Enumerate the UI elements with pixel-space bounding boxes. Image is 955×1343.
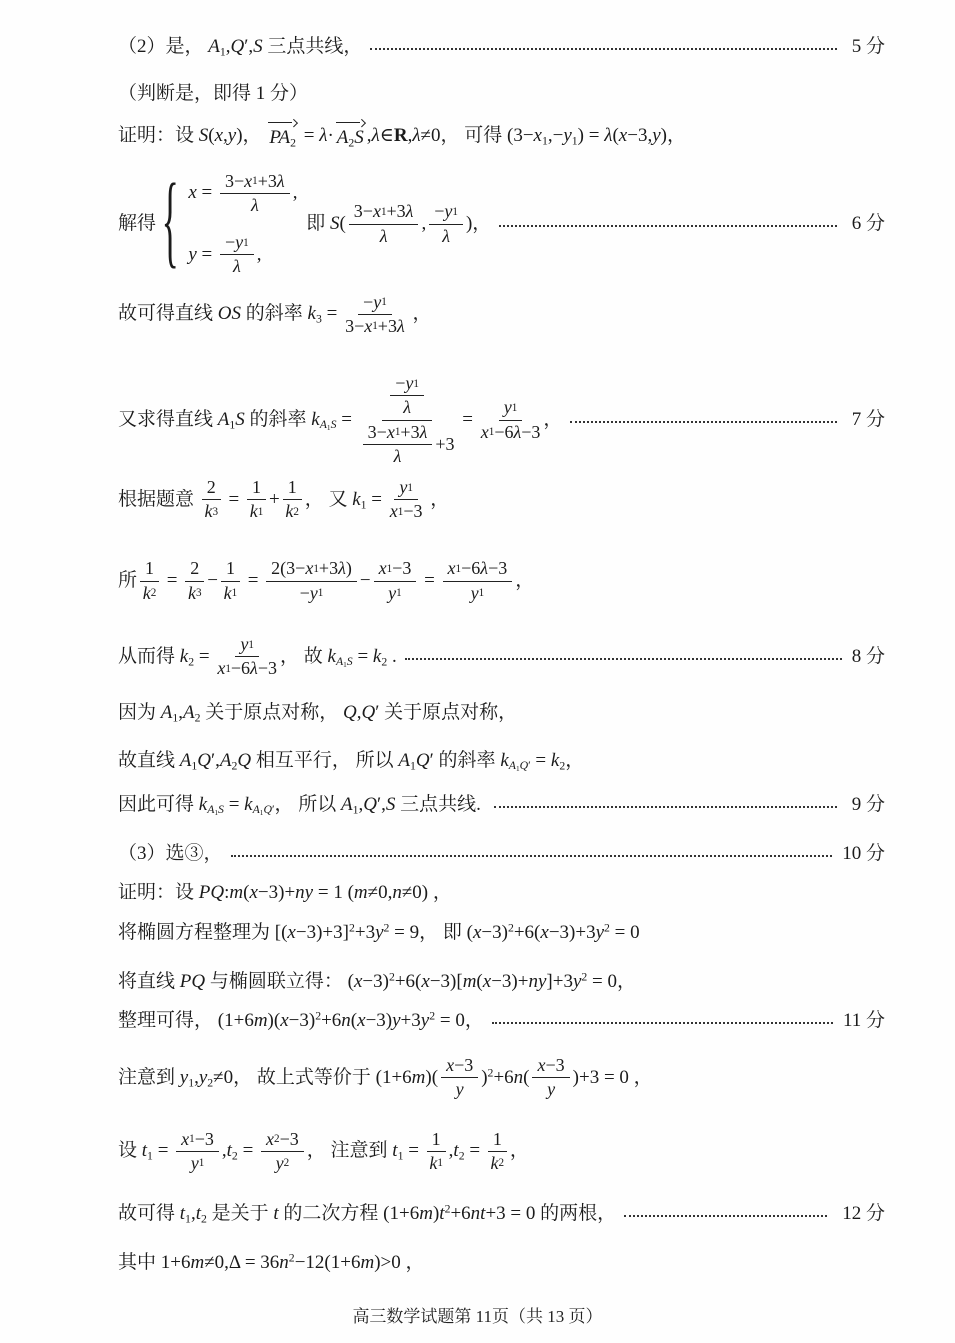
math-group: 2 — [202, 477, 221, 500]
math-group: λ — [233, 255, 241, 277]
exam-solution-page: （2）是， A1,Q′,S 三点共线， 5 分（判断是，即得 1 分）证明：设 … — [0, 0, 955, 1343]
solution-line: 其中 1+6m≠0,Δ = 36n2−12(1+6m)>0 ， — [118, 1250, 885, 1276]
text-run: ， — [243, 123, 267, 149]
fraction: −y1λ — [220, 232, 254, 277]
text-run: ， — [401, 1250, 425, 1276]
fraction: 1k1 — [247, 477, 266, 522]
text-run: 相互平行， 所以 — [251, 748, 398, 774]
fraction: 2k3 — [202, 477, 221, 522]
math-group: y1 — [471, 582, 485, 604]
fraction: 3−x1+3λλ — [349, 201, 419, 246]
math-run: ,λ≠0 — [408, 123, 441, 149]
text-run: 其中 — [118, 1250, 161, 1276]
solution-line: 注意到 y1,y2≠0， 故上式等价于 (1+6m)(x−3y)2+6n(x−3… — [118, 1055, 885, 1100]
math-run: (3−x1,−y1) = λ(x−3,y) — [507, 123, 667, 149]
math-group: 1 — [247, 477, 266, 500]
math-run: k2 = — [180, 644, 215, 670]
solution-line: 故可得直线 OS 的斜率 k3 = −y13−x1+3λ ， — [118, 292, 885, 337]
text-run: ， — [408, 301, 432, 327]
solution-line: 故直线 A1Q′,A2Q 相互平行， 所以 A1Q′ 的斜率 kA1Q′ = k… — [118, 748, 885, 774]
math-group: 3−x1+3λ — [220, 171, 290, 194]
math-group: k1 — [250, 500, 264, 522]
math-run: Q,Q′ — [343, 700, 379, 726]
cases-rows: x = 3−x1+3λλ,y = −y1λ, — [188, 171, 297, 278]
math-run: , — [421, 211, 426, 237]
fraction: x1−6λ−3y1 — [443, 558, 513, 603]
math-group: −y1 — [300, 582, 324, 604]
fraction: 1k2 — [488, 1129, 507, 1174]
math-run: A1,Q′,S — [341, 792, 395, 818]
text-run: 故直线 — [118, 748, 180, 774]
math-bold-run: R — [394, 123, 408, 149]
math-run: = — [224, 487, 244, 513]
fraction: 1k2 — [283, 477, 302, 522]
math-group: y1 — [235, 634, 259, 657]
math-group: k1 — [429, 1152, 443, 1174]
solution-line: 解得{x = 3−x1+3λλ,y = −y1λ, 即 S(3−x1+3λλ,−… — [118, 171, 885, 278]
fraction: x2−3y2 — [261, 1129, 304, 1174]
text-run: （判断是，即得 1 分） — [118, 81, 308, 107]
text-run: 三点共线. — [395, 792, 485, 818]
math-run: PQ — [180, 969, 205, 995]
math-group: x−3 — [441, 1055, 478, 1078]
math-group: y — [456, 1078, 464, 1100]
math-run: = λ· — [299, 123, 334, 149]
text-run: 又求得直线 — [118, 407, 218, 433]
fraction: x−3y — [441, 1055, 478, 1100]
page-footer: 高三数学试题第 11页（共 13 页） — [0, 1302, 955, 1327]
math-group: k2 — [285, 500, 299, 522]
text-run: 的斜率 — [245, 407, 312, 433]
text-run: ， 可得 — [440, 123, 507, 149]
text-run: 是关于 — [207, 1201, 274, 1227]
text-run: （2）是， — [118, 34, 208, 60]
text-run: 故可得 — [118, 1201, 180, 1227]
text-run: 所 — [118, 568, 137, 594]
math-run: x = — [188, 180, 217, 206]
math-run: (1+6m)(x−3)2+6n(x−3)y+3y2 = 0 — [218, 1008, 465, 1034]
dot-leader — [492, 1020, 833, 1024]
math-group: λ — [403, 396, 411, 418]
text-run: ， — [667, 123, 686, 149]
math-run: − — [207, 568, 218, 594]
text-run: （3）选③， — [118, 841, 223, 867]
math-run: S(x,y) — [199, 123, 243, 149]
math-run: kA1S = — [311, 407, 356, 433]
math-group: −y1λ — [382, 373, 432, 420]
math-run: A1,Q′,S — [208, 34, 262, 60]
math-run: (1+6m)t2+6nt+3 = 0 — [383, 1201, 535, 1227]
solution-line: 从而得 k2 = y1x1−6λ−3， 故 kA1S = k2 .8 分 — [118, 634, 885, 679]
math-group: k1 — [224, 582, 238, 604]
math-group: −y1 — [220, 232, 254, 255]
text-run: 故可得直线 — [118, 301, 218, 327]
text-run: ， — [565, 748, 584, 774]
math-group: x−3 — [532, 1055, 569, 1078]
text-run: 7 分 — [847, 407, 885, 433]
text-run: 的斜率 — [241, 301, 308, 327]
fraction: x1−3y1 — [176, 1129, 219, 1174]
text-run: 的斜率 — [434, 748, 501, 774]
math-run: A1S — [218, 407, 245, 433]
math-group: k3 — [204, 500, 218, 522]
math-group: −y1 — [390, 373, 424, 396]
solution-line: （判断是，即得 1 分） — [118, 81, 885, 107]
dot-leader — [231, 853, 833, 857]
text-run: ， — [465, 1008, 484, 1034]
solution-line: 故可得 t1,t2 是关于 t 的二次方程 (1+6m)t2+6nt+3 = 0… — [118, 1201, 885, 1227]
fraction: 1k2 — [140, 558, 159, 603]
solution-line: 根据题意 2k3 = 1k1+1k2， 又 k1 = y1x1−3 ， — [118, 477, 885, 522]
text-run: ， 又 — [305, 487, 353, 513]
math-run: PQ:m(x−3)+ny = 1 (m≠0,n≠0) — [199, 880, 428, 906]
text-run: ， — [515, 568, 534, 594]
solution-line: 整理可得， (1+6m)(x−3)2+6n(x−3)y+3y2 = 0，11 分 — [118, 1008, 885, 1034]
solution-line: 证明：设 PQ:m(x−3)+ny = 1 (m≠0,n≠0) ， — [118, 880, 885, 906]
text-run: ， 故 — [280, 644, 328, 670]
math-group: λ — [442, 225, 450, 247]
fraction: 3−x1+3λλ — [363, 422, 433, 467]
text-run: 12 分 — [837, 1201, 885, 1227]
fraction: 3−x1+3λλ — [220, 171, 290, 216]
solution-line: 将椭圆方程整理为 [(x−3)+3]2+3y2 = 9， 即 (x−3)2+6(… — [118, 920, 885, 946]
math-run: (x−3)2+6(x−3)+3y2 = 0 — [467, 920, 640, 946]
fraction: −y1λ3−x1+3λλ+3 — [360, 373, 455, 467]
math-group: x2−3 — [261, 1129, 304, 1152]
math-run: , — [257, 242, 262, 268]
text-run: 整理可得， — [118, 1008, 218, 1034]
solution-line: 设 t1 = x1−3y1,t2 = x2−3y2， 注意到 t1 = 1k1,… — [118, 1129, 885, 1174]
solution-line: 因此可得 kA1S = kA1Q′， 所以 A1,Q′,S 三点共线. 9 分 — [118, 792, 885, 818]
text-run: 根据题意 — [118, 487, 199, 513]
math-group: y1 — [394, 477, 418, 500]
math-group: −y1 — [358, 292, 392, 315]
math-run: k3 = — [308, 301, 343, 327]
text-run: 关于原点对称， — [201, 700, 344, 726]
math-run: kA1S = k2 — [328, 644, 388, 670]
cases-row: y = −y1λ, — [188, 232, 297, 277]
text-run: ， — [543, 407, 562, 433]
dot-leader — [405, 656, 842, 660]
math-run: (1+6m)( — [376, 1065, 438, 1091]
math-group: 1 — [488, 1129, 507, 1152]
dot-leader — [370, 46, 837, 50]
text-run: 6 分 — [847, 211, 885, 237]
math-run: k1 = — [352, 487, 387, 513]
text-run: ， — [510, 1138, 529, 1164]
math-group: 1 — [140, 558, 159, 581]
text-run: 5 分 — [847, 34, 885, 60]
cases-row: x = 3−x1+3λλ, — [188, 171, 297, 216]
dot-leader — [494, 804, 837, 808]
vector-arrow: PA2 — [266, 120, 299, 151]
text-run: ， 即 — [419, 920, 467, 946]
text-run: ， 注意到 — [307, 1138, 393, 1164]
fraction: x1−3y1 — [374, 558, 417, 603]
text-run: 11 分 — [843, 1008, 885, 1034]
cases-brace-icon: { — [162, 172, 179, 276]
math-run: t1,t2 — [180, 1201, 207, 1227]
math-group: k2 — [143, 582, 157, 604]
dot-leader — [570, 419, 837, 423]
math-run: = — [162, 568, 182, 594]
text-run: 的二次方程 — [279, 1201, 384, 1227]
math-group: y1 — [499, 397, 523, 420]
math-run: y1,y2≠0 — [180, 1065, 233, 1091]
math-group: y — [547, 1078, 555, 1100]
vector-arrow: A2S — [334, 120, 367, 151]
math-run: y = — [188, 242, 217, 268]
math-group: λ — [394, 445, 402, 467]
math-run: +3 — [435, 434, 454, 455]
math-group: 1 — [427, 1129, 446, 1152]
math-group: λ — [251, 194, 259, 216]
fraction: 2k3 — [185, 558, 204, 603]
text-run: 10 分 — [842, 841, 885, 867]
math-group: −y1 — [429, 201, 463, 224]
math-run: , — [293, 180, 298, 206]
text-run: 证明：设 — [118, 880, 199, 906]
text-run: ， — [428, 880, 452, 906]
fraction: 1k1 — [427, 1129, 446, 1174]
math-group: y2 — [276, 1152, 290, 1174]
text-run: 因此可得 — [118, 792, 199, 818]
math-group: x1−6λ−3 — [481, 421, 541, 443]
text-run: ， — [629, 1065, 653, 1091]
text-run: 与椭圆联立得： — [205, 969, 348, 995]
math-group: 3−x1+3λ — [345, 315, 405, 337]
math-run: OS — [218, 301, 241, 327]
math-run: = — [419, 568, 439, 594]
math-run: )2+6n( — [481, 1065, 529, 1091]
text-run: 关于原点对称， — [379, 700, 517, 726]
math-run: − — [360, 568, 371, 594]
math-run: t1 = — [392, 1138, 423, 1164]
fraction: 1k1 — [221, 558, 240, 603]
math-group: λ — [380, 225, 388, 247]
math-group: y1 — [388, 582, 402, 604]
text-run: ， — [617, 969, 636, 995]
text-run: 8 分 — [852, 644, 885, 670]
math-group: 1 — [283, 477, 302, 500]
solution-line: 证明：设 S(x,y)， PA2 = λ·A2S,λ∈R,λ≠0， 可得 (3−… — [118, 120, 885, 151]
math-run: = — [458, 407, 478, 433]
text-run: 即 — [301, 211, 330, 237]
math-run: A1Q′,A2Q — [180, 748, 251, 774]
text-run: . — [387, 644, 397, 670]
text-run: 三点共线， — [263, 34, 363, 60]
dot-leader — [624, 1213, 827, 1217]
dot-leader — [499, 223, 837, 227]
solution-line: （2）是， A1,Q′,S 三点共线， 5 分 — [118, 34, 885, 60]
text-run: 的两根， — [535, 1201, 616, 1227]
math-run: ,t2 = — [449, 1138, 485, 1164]
text-run: ， — [472, 211, 491, 237]
text-run: 因为 — [118, 700, 161, 726]
math-group: x1−3 — [176, 1129, 219, 1152]
text-run: 注意到 — [118, 1065, 180, 1091]
math-group: 1 — [221, 558, 240, 581]
fraction: −y13−x1+3λ — [345, 292, 405, 337]
math-group: x1−6λ−3 — [443, 558, 513, 581]
math-run: + — [269, 487, 280, 513]
text-run: 从而得 — [118, 644, 180, 670]
fraction: −y1λ — [429, 201, 463, 246]
math-run: [(x−3)+3]2+3y2 = 9 — [275, 920, 419, 946]
math-run: ,t2 = — [222, 1138, 258, 1164]
math-group: x1−3 — [390, 500, 423, 522]
math-run: 1+6m≠0,Δ = 36n2−12(1+6m)>0 — [161, 1250, 401, 1276]
text-run: 设 — [118, 1138, 142, 1164]
math-run: kA1S = kA1Q′ — [199, 792, 275, 818]
solution-line: 又求得直线 A1S 的斜率 kA1S = −y1λ3−x1+3λλ+3 = y1… — [118, 373, 885, 467]
math-run: A1Q′ — [398, 748, 433, 774]
math-run: ,λ∈ — [367, 123, 394, 149]
math-group: y1 — [191, 1152, 205, 1174]
math-group: k3 — [188, 582, 202, 604]
fraction: x−3y — [532, 1055, 569, 1100]
text-run: ， — [426, 487, 450, 513]
math-run: (x−3)2+6(x−3)[m(x−3)+ny]+3y2 = 0 — [348, 969, 617, 995]
math-group: 2 — [185, 558, 204, 581]
text-run: 将椭圆方程整理为 — [118, 920, 275, 946]
solution-line: 将直线 PQ 与椭圆联立得： (x−3)2+6(x−3)[m(x−3)+ny]+… — [118, 969, 885, 995]
fraction: y1x1−6λ−3 — [481, 397, 541, 442]
math-run: = — [243, 568, 263, 594]
equation-cases: {x = 3−x1+3λλ,y = −y1λ, — [160, 171, 297, 278]
math-group: 3−x1+3λ — [349, 201, 419, 224]
math-group: 3−x1+3λ — [363, 422, 433, 445]
math-run: )+3 = 0 — [573, 1065, 629, 1091]
math-group: 2(3−x1+3λ) — [266, 558, 357, 581]
math-run: kA1Q′ = k2 — [500, 748, 565, 774]
math-run: t1 = — [142, 1138, 173, 1164]
math-run: S( — [330, 211, 346, 237]
text-run: ， 故上式等价于 — [233, 1065, 376, 1091]
text-run: ， 所以 — [275, 792, 342, 818]
text-run: 解得 — [118, 211, 156, 237]
solution-line: 因为 A1,A2 关于原点对称， Q,Q′ 关于原点对称， — [118, 700, 885, 726]
math-group: x1−3 — [374, 558, 417, 581]
solution-line: （3）选③，10 分 — [118, 841, 885, 867]
text-run: 将直线 — [118, 969, 180, 995]
text-run: 9 分 — [847, 792, 885, 818]
solution-line: 所1k2 = 2k3−1k1 = 2(3−x1+3λ)−y1−x1−3y1 = … — [118, 558, 885, 603]
text-run: 证明：设 — [118, 123, 199, 149]
solution-lines: （2）是， A1,Q′,S 三点共线， 5 分（判断是，即得 1 分）证明：设 … — [118, 34, 885, 1277]
math-run: A1,A2 — [161, 700, 201, 726]
math-group: x1−6λ−3 — [217, 657, 277, 679]
math-group: 3−x1+3λλ+3 — [360, 421, 455, 467]
fraction: y1x1−6λ−3 — [217, 634, 277, 679]
fraction: −y1λ — [390, 373, 424, 418]
fraction: 2(3−x1+3λ)−y1 — [266, 558, 357, 603]
fraction: y1x1−3 — [390, 477, 423, 522]
math-group: k2 — [491, 1152, 505, 1174]
